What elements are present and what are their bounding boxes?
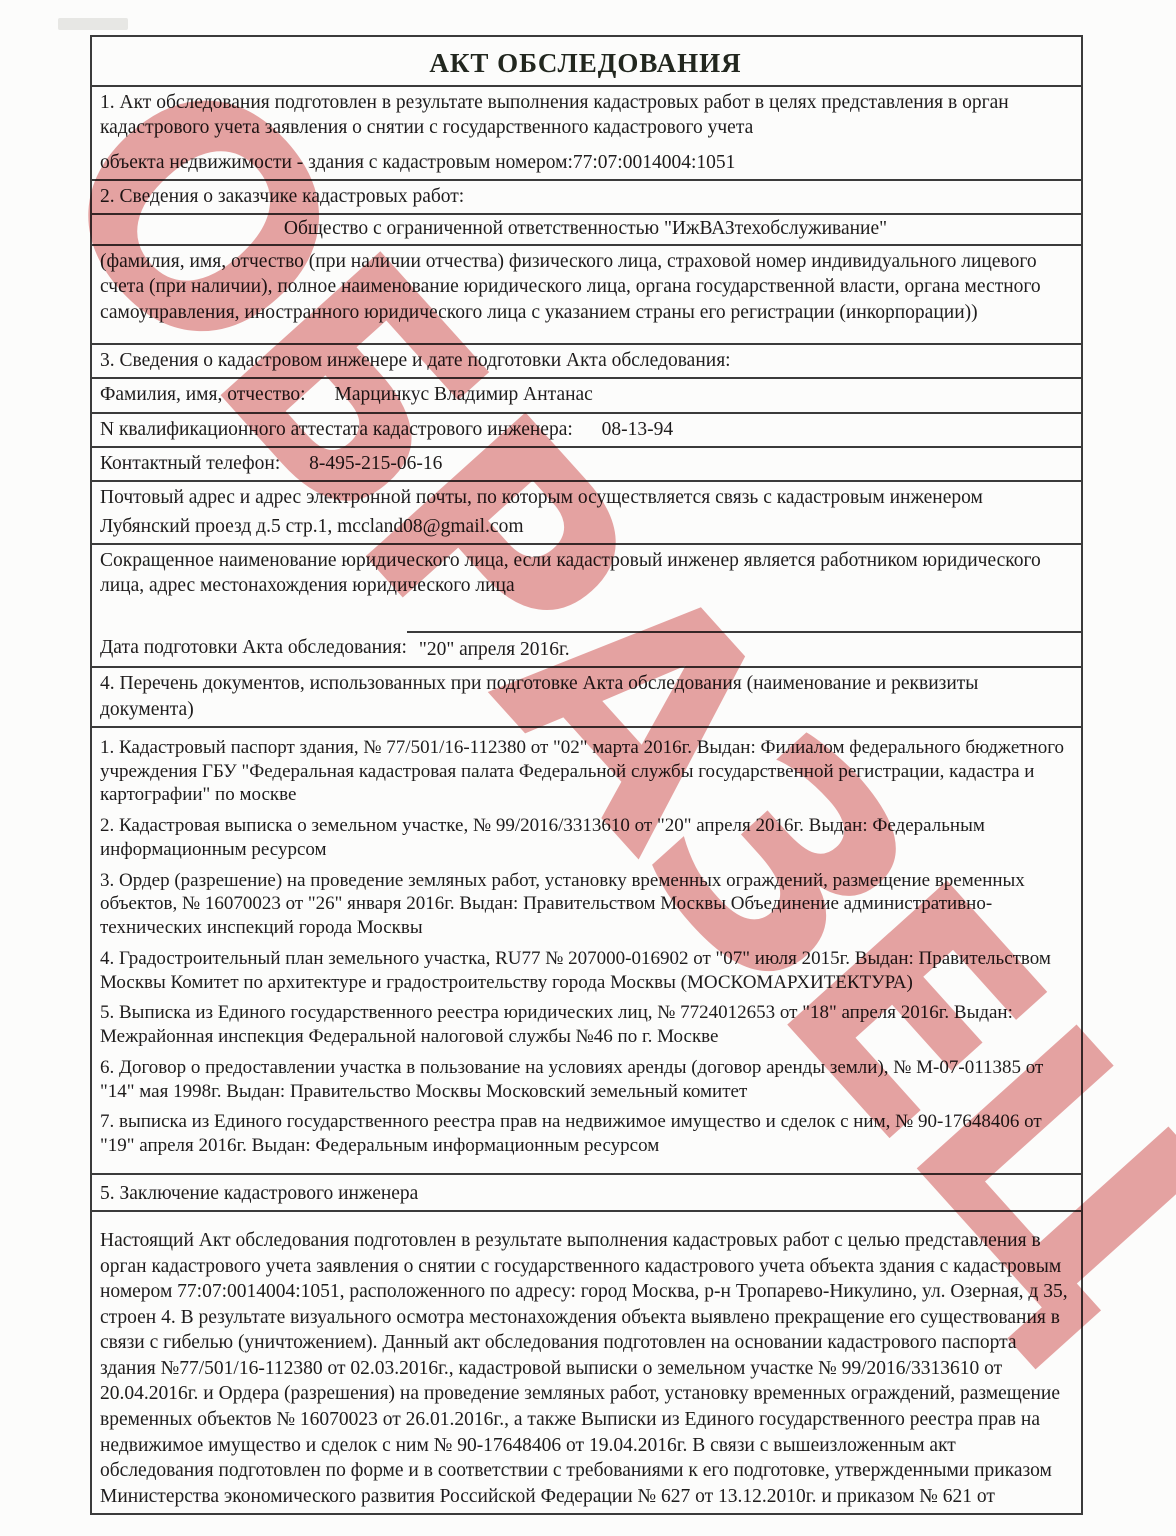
document-list-item: 7. выписка из Единого государственного р… — [100, 1110, 1071, 1158]
document-list-item: 6. Договор о предоставлении участка в по… — [100, 1056, 1071, 1104]
document-list-item: 3. Ордер (разрешение) на проведение земл… — [100, 869, 1071, 940]
phone-row: Контактный телефон: 8-495-215-06-16 — [92, 448, 1081, 482]
section5-header: 5. Заключение кадастрового инженера — [92, 1175, 1081, 1212]
document-list-item: 2. Кадастровая выписка о земельном участ… — [100, 814, 1071, 862]
section3-header: 3. Сведения о кадастровом инженере и дат… — [92, 345, 1081, 379]
engineer-fio-row: Фамилия, имя, отчество: Марцинкус Владим… — [92, 379, 1081, 413]
attestat-row: N квалификационного аттестата кадастрово… — [92, 414, 1081, 448]
document-title: АКТ ОБСЛЕДОВАНИЯ — [92, 37, 1081, 87]
section2-header: 2. Сведения о заказчике кадастровых рабо… — [92, 181, 1081, 215]
customer-name: Общество с ограниченной ответственностью… — [92, 215, 1081, 245]
attestat-label: N квалификационного аттестата кадастрово… — [100, 419, 573, 440]
section4-header: 4. Перечень документов, использованных п… — [92, 668, 1081, 728]
document-list-item: 1. Кадастровый паспорт здания, № 77/501/… — [100, 736, 1071, 807]
engineer-conclusion: Настоящий Акт обследования подготовлен в… — [92, 1212, 1081, 1513]
abbrev-note-row: Сокращенное наименование юридического ли… — [92, 545, 1081, 631]
date-value: "20" апреля 2016г. — [407, 631, 1081, 666]
scanned-document-page: АКТ ОБСЛЕДОВАНИЯ 1. Акт обследования под… — [0, 0, 1176, 1536]
postal-value: Лубянский проезд д.5 стр.1, mccland08@gm… — [100, 514, 1071, 539]
section1-purpose: 1. Акт обследования подготовлен в резуль… — [92, 87, 1081, 181]
act-table: АКТ ОБСЛЕДОВАНИЯ 1. Акт обследования под… — [90, 35, 1083, 1515]
date-label: Дата подготовки Акта обследования: — [92, 631, 407, 666]
phone-value: 8-495-215-06-16 — [309, 453, 442, 474]
document-list-item: 5. Выписка из Единого государственного р… — [100, 1001, 1071, 1049]
phone-label: Контактный телефон: — [100, 453, 280, 474]
fio-value: Марцинкус Владимир Антанас — [334, 384, 592, 405]
document-list-item: 4. Градостроительный план земельного уча… — [100, 947, 1071, 995]
postal-note: Почтовый адрес и адрес электронной почты… — [100, 485, 1071, 510]
documents-list: 1. Кадастровый паспорт здания, № 77/501/… — [92, 728, 1081, 1175]
scan-artifact — [58, 18, 128, 30]
postal-row: Почтовый адрес и адрес электронной почты… — [92, 482, 1081, 545]
section1-object-line: объекта недвижимости - здания с кадастро… — [100, 150, 1071, 175]
date-row: Дата подготовки Акта обследования: "20" … — [92, 631, 1081, 668]
fio-label: Фамилия, имя, отчество: — [100, 384, 306, 405]
attestat-value: 08-13-94 — [602, 419, 674, 440]
section1-intro: 1. Акт обследования подготовлен в резуль… — [100, 90, 1071, 141]
customer-note: (фамилия, имя, отчество (при наличии отч… — [92, 246, 1081, 345]
